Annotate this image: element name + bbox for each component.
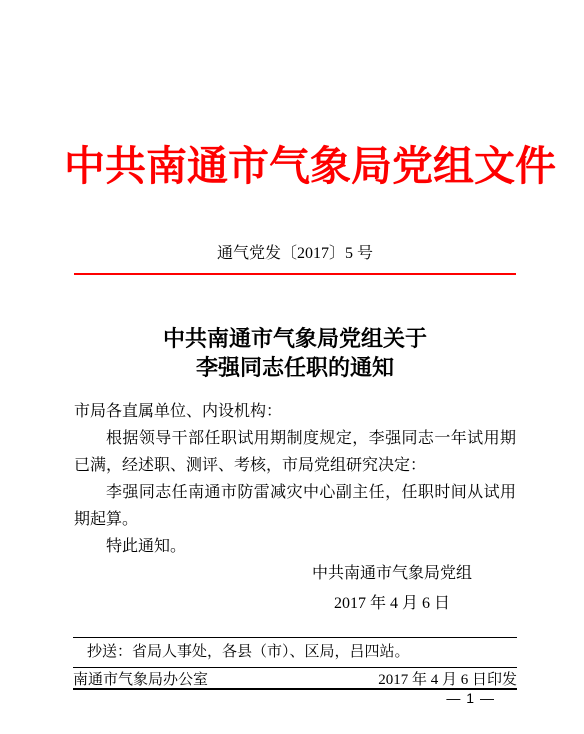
- official-document-page: 中共南通市气象局党组文件 通气党发〔2017〕5 号 中共南通市气象局党组关于 …: [0, 0, 584, 734]
- body-paragraph: 根据领导干部任职试用期制度规定，李强同志一年试用期已满，经述职、测评、考核，市局…: [74, 425, 516, 479]
- body-paragraph: 特此通知。: [74, 533, 516, 560]
- issuer-office: 南通市气象局办公室: [73, 668, 208, 689]
- doc-reference-number: 通气党发〔2017〕5 号: [74, 244, 516, 264]
- document-title: 中共南通市气象局党组关于 李强同志任职的通知: [74, 324, 516, 382]
- agency-banner-title: 中共南通市气象局党组文件: [64, 141, 526, 192]
- print-date: 2017 年 4 月 6 日印发: [378, 668, 517, 689]
- page-number: — 1 —: [446, 690, 495, 706]
- cc-note: 抄送：省局人事处，各县（市）、区局，吕四站。: [73, 637, 517, 667]
- signature-org: 中共南通市气象局党组: [272, 559, 512, 589]
- issuer-row: 南通市气象局办公室 2017 年 4 月 6 日印发: [73, 667, 517, 690]
- document-title-line-1: 中共南通市气象局党组关于: [74, 324, 516, 353]
- signature-block: 中共南通市气象局党组 2017 年 4 月 6 日: [272, 559, 512, 619]
- document-footer: 抄送：省局人事处，各县（市）、区局，吕四站。 南通市气象局办公室 2017 年 …: [73, 637, 517, 690]
- salutation-line: 市局各直属单位、内设机构：: [74, 398, 516, 425]
- document-title-line-2: 李强同志任职的通知: [74, 353, 516, 382]
- document-body: 市局各直属单位、内设机构： 根据领导干部任职试用期制度规定，李强同志一年试用期已…: [74, 398, 516, 560]
- body-paragraph: 李强同志任南通市防雷减灾中心副主任，任职时间从试用期起算。: [74, 479, 516, 533]
- signature-date: 2017 年 4 月 6 日: [272, 589, 512, 619]
- red-separator-line: [74, 273, 516, 275]
